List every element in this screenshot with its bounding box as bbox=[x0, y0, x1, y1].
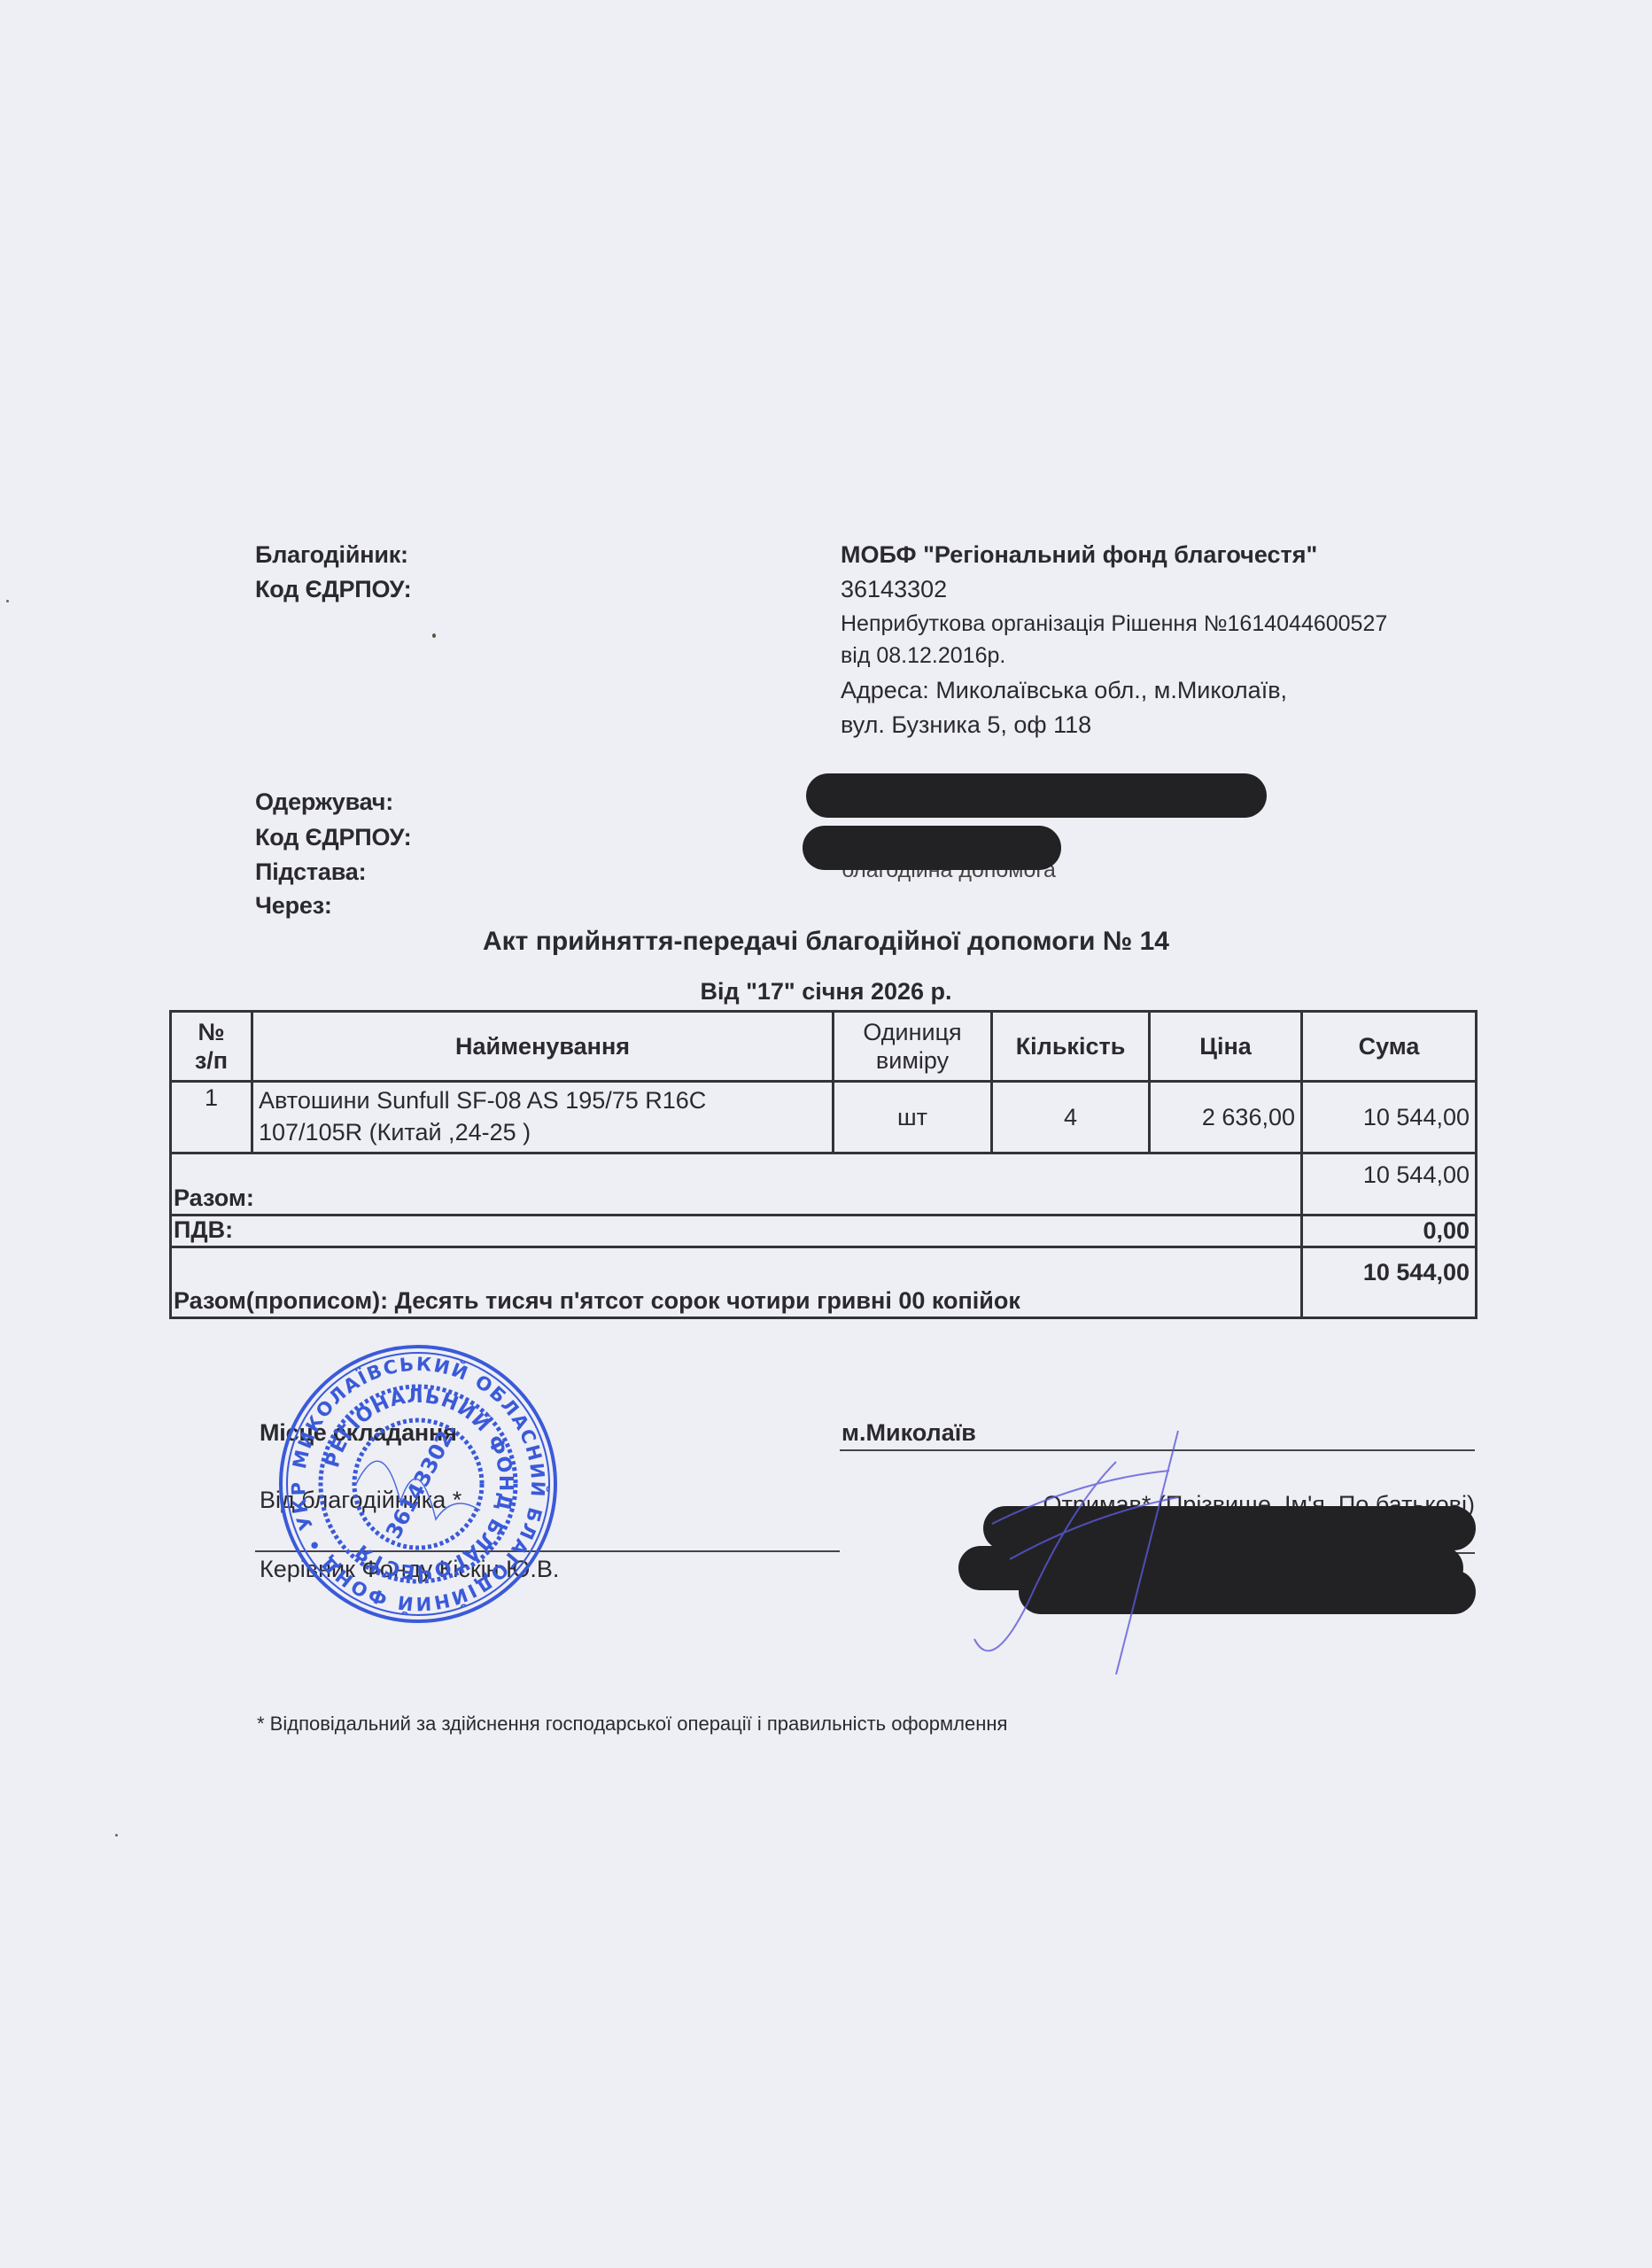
row-quantity: 4 bbox=[992, 1082, 1150, 1153]
words-row: Разом(прописом): Десять тисяч п'ятсот со… bbox=[171, 1247, 1477, 1318]
total-in-words: Разом(прописом): Десять тисяч п'ятсот со… bbox=[171, 1247, 1302, 1318]
donor-nonprofit-note: Неприбуткова організація Рішення №161404… bbox=[841, 611, 1387, 637]
header-name: Найменування bbox=[252, 1012, 834, 1082]
row-item-name: Автошини Sunfull SF-08 AS 195/75 R16C107… bbox=[252, 1082, 834, 1153]
items-table: №з/п Найменування Одиницявиміру Кількіст… bbox=[169, 1010, 1477, 1319]
stamp-icon: МИКОЛАЇВСЬКИЙ ОБЛАСНИЙ БЛАГОДІЙНИЙ ФОНД … bbox=[276, 1342, 560, 1626]
donor-code: 36143302 bbox=[841, 576, 947, 603]
total-value: 10 544,00 bbox=[1302, 1153, 1477, 1216]
table-row: 1 Автошини Sunfull SF-08 AS 195/75 R16C1… bbox=[171, 1082, 1477, 1153]
donor-address-2: вул. Бузника 5, оф 118 bbox=[841, 711, 1091, 739]
recipient-label: Одержувач: bbox=[255, 788, 393, 816]
vat-row: ПДВ: 0,00 bbox=[171, 1216, 1477, 1247]
redaction-recipient-code bbox=[803, 826, 1061, 870]
donor-label: Благодійник: bbox=[255, 541, 408, 569]
header-sum: Сума bbox=[1302, 1012, 1477, 1082]
via-label: Через: bbox=[255, 892, 332, 920]
total-label: Разом: bbox=[171, 1153, 1302, 1216]
header-quantity: Кількість bbox=[992, 1012, 1150, 1082]
document-page: Благодійник: Код ЄДРПОУ: МОБФ "Регіональ… bbox=[0, 0, 1652, 2268]
header-unit: Одиницявиміру bbox=[834, 1012, 992, 1082]
table-header-row: №з/п Найменування Одиницявиміру Кількіст… bbox=[171, 1012, 1477, 1082]
vat-label: ПДВ: bbox=[171, 1216, 1302, 1247]
donor-name: МОБФ "Регіональний фонд благочестя" bbox=[841, 541, 1317, 569]
recipient-code-label: Код ЄДРПОУ: bbox=[255, 824, 411, 851]
dust-speck bbox=[6, 600, 9, 602]
dust-speck bbox=[432, 633, 436, 638]
document-title: Акт прийняття-передачі благодійної допом… bbox=[0, 927, 1652, 957]
recipient-signature-icon bbox=[939, 1426, 1205, 1683]
row-sum: 10 544,00 bbox=[1302, 1082, 1477, 1153]
row-price: 2 636,00 bbox=[1150, 1082, 1302, 1153]
total-row: Разом: 10 544,00 bbox=[171, 1153, 1477, 1216]
footnote: * Відповідальний за здійснення господарс… bbox=[257, 1713, 1007, 1736]
words-value: 10 544,00 bbox=[1302, 1247, 1477, 1318]
document-date: Від "17" січня 2026 р. bbox=[0, 978, 1652, 1006]
donor-code-label: Код ЄДРПОУ: bbox=[255, 576, 411, 603]
header-price: Ціна bbox=[1150, 1012, 1302, 1082]
row-unit: шт bbox=[834, 1082, 992, 1153]
donor-address-1: Адреса: Миколаївська обл., м.Миколаїв, bbox=[841, 677, 1287, 704]
header-number: №з/п bbox=[171, 1012, 252, 1082]
redaction-recipient-name bbox=[806, 773, 1267, 818]
vat-value: 0,00 bbox=[1302, 1216, 1477, 1247]
dust-speck bbox=[115, 1834, 118, 1837]
basis-label: Підстава: bbox=[255, 858, 366, 886]
row-number: 1 bbox=[171, 1082, 252, 1153]
svg-text:36143302: 36143302 bbox=[381, 1426, 458, 1542]
donor-nonprofit-date: від 08.12.2016р. bbox=[841, 643, 1005, 669]
